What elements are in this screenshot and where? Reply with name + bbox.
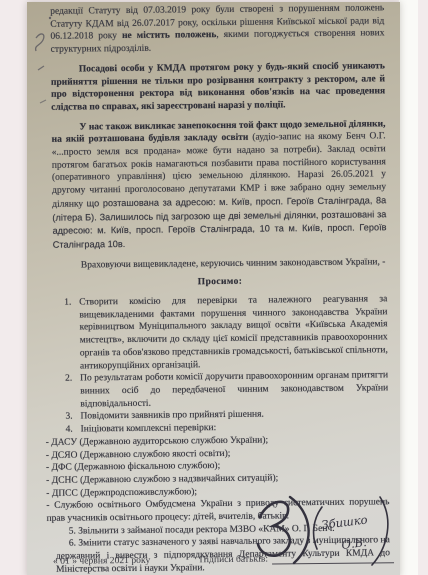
signature-initials-text: О.В. [341,535,368,552]
request-heading: Просимо: [53,275,387,291]
background-sheet-edge [399,0,418,575]
text-segment: що розташована за адресою: м. Київ, прос… [52,195,386,250]
item-text: Створити комісію для перевірки та належн… [79,293,388,372]
signature-name-text: Збишко [321,512,369,532]
signature-handwriting: Збишко О.В. [230,483,398,571]
document-date: « 01 » червня 2021 року [53,555,150,567]
officials-avoid-decision-paragraph: Посадові особи у КМДА протягом року у бу… [51,60,386,114]
land-plot-paragraph: У нас також викликає занепокоєння той фа… [51,118,386,253]
request-item-1: 1.Створити комісію для перевірки та нале… [53,293,388,373]
text-segment: Посадові особи у КМДА протягом року у бу… [51,61,385,113]
item-number: 2. [54,373,80,411]
legal-basis-line: Враховуючи вищевикладене, керуючись чинн… [53,256,387,272]
document-body: редакції Статуту від 07.03.2019 року бул… [50,2,390,546]
text-segment: не містить положень [122,30,216,41]
item-text: По результатам роботи комісії доручити п… [80,370,388,411]
document-photo: редакції Статуту від 07.03.2019 року бул… [0,0,428,575]
item-number: 3. [54,411,80,424]
item-number: 4. [55,424,81,437]
item-number: 1. [53,297,80,373]
request-item-2: 2.По результатам роботи комісії доручити… [54,370,388,412]
text-segment: Враховуючи вищевикладене, керуючись чинн… [81,257,386,270]
statute-violation-paragraph: редакції Статуту від 07.03.2019 року бул… [50,2,385,56]
paper-sheet: редакції Статуту від 07.03.2019 року бул… [27,2,400,575]
